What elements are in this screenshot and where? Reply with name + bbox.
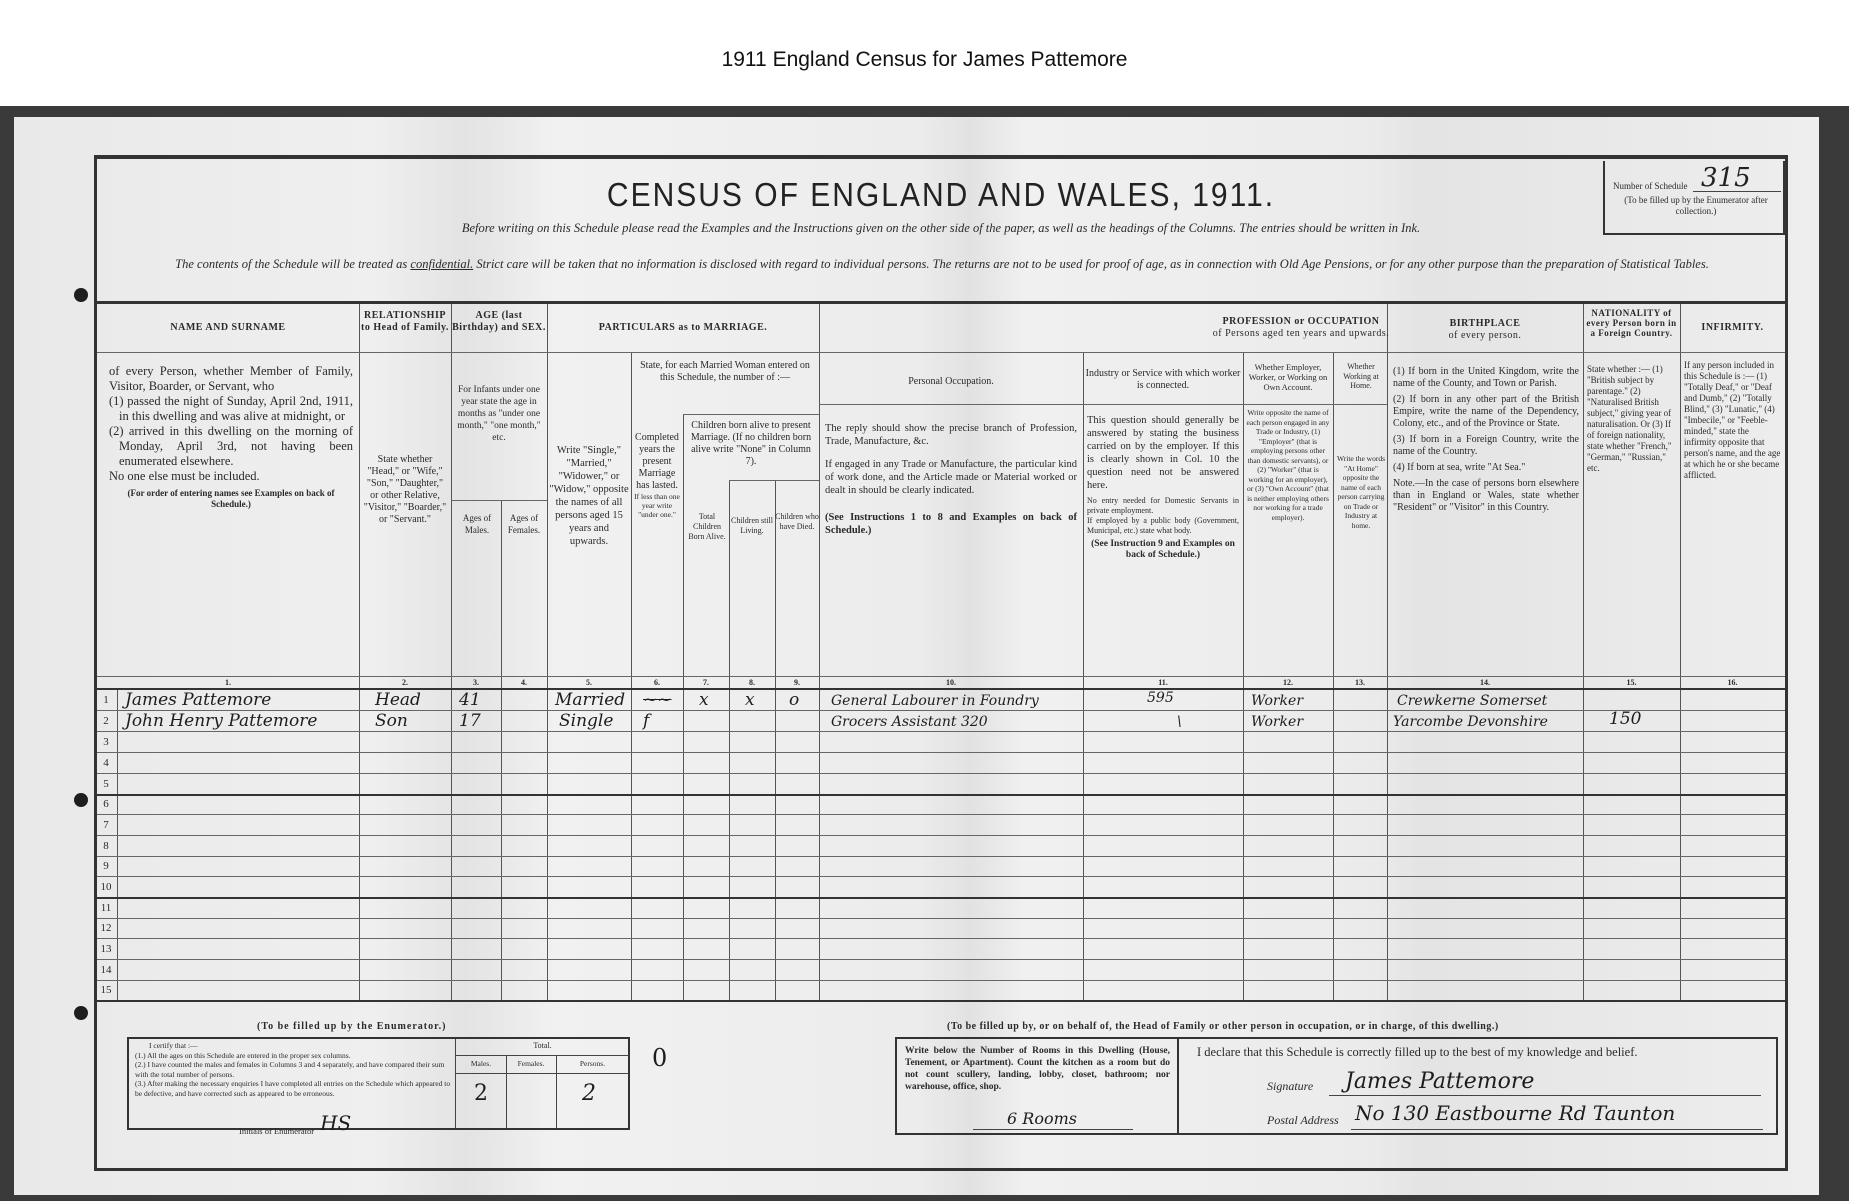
entry-years-married: f [643,711,649,731]
initials-label: Initials of EnumeratorHS [239,1115,345,1139]
entry-children-total: x [699,690,709,710]
header-personal-occupation: Personal Occupation. [819,376,1083,388]
entry-age-male: 17 [459,711,481,731]
totals-table: Total. Males. Females. Persons. 2 2 [455,1039,628,1128]
row-divider [97,835,1785,836]
header-ages-males: Ages of Males. [453,512,501,536]
column-number: 14. [1387,678,1583,687]
row-divider [97,918,1785,919]
employer-instructions: Write opposite the name of each person e… [1245,408,1331,522]
row-number: 15 [99,984,113,996]
handwritten-mark: 0 [652,1044,667,1072]
col-divider [775,480,776,1000]
entry-name: John Henry Pattemore [125,711,317,731]
column-number: 1. [97,678,359,687]
header-divider [819,404,1387,405]
enumerator-certification: I certify that :— (1.) All the ages on t… [135,1041,453,1098]
schedule-number-box: Number of Schedule 315 (To be filled up … [1603,161,1785,235]
header-infirmity: INFIRMITY. [1680,322,1785,334]
row-number: 1 [99,694,113,706]
row-divider [97,897,1785,899]
header-divider [451,500,547,501]
schedule-number-value: 315 [1701,163,1751,193]
row-divider [97,856,1785,857]
total-persons: 2 [582,1081,596,1106]
signature-label: Signature [1267,1079,1313,1094]
row-number: 14 [99,964,113,976]
column-number: 16. [1680,678,1785,687]
postal-address: No 130 Eastbourne Rd Taunton [1355,1101,1675,1125]
punch-hole [74,288,88,302]
total-males: 2 [474,1081,488,1106]
age-instructions: For Infants under one year state the age… [453,384,545,444]
column-number: 13. [1333,678,1387,687]
name-instructions: of every Person, whether Member of Famil… [109,364,353,510]
nationality-instructions: State whether :— (1) "British subject by… [1587,364,1677,474]
rooms-line [973,1129,1133,1130]
census-schedule-form: CENSUS OF ENGLAND AND WALES, 1911. Befor… [94,155,1788,1171]
entry-relationship: Son [375,711,408,731]
enumerator-initials: HS [320,1111,351,1135]
column-number: 15. [1583,678,1680,687]
infirmity-instructions: If any person included in this Schedule … [1684,360,1782,481]
header-children-total: Total Children Born Alive. [685,512,729,542]
entry-marital: Married [555,690,625,710]
row-number-divider [117,688,118,1000]
entry-relationship: Head [375,690,421,710]
punch-hole [74,1006,88,1020]
instruction-confidential: The contents of the Schedule will be tre… [107,255,1777,274]
schedule-number-note: (To be filled up by the Enumerator after… [1609,195,1783,217]
relationship-instructions: State whether "Head," or "Wife," "Son," … [363,454,447,526]
row-divider [97,959,1785,960]
personal-occupation-instructions: The reply should show the precise branch… [825,422,1077,537]
header-industry: Industry or Service with which worker is… [1083,368,1243,392]
entry-name: James Pattemore [125,690,271,710]
col-divider [819,304,820,1000]
postal-address-label: Postal Address [1267,1113,1339,1128]
header-children-died: Children who have Died. [775,512,819,532]
col-divider [547,304,548,1000]
address-line [1351,1129,1763,1130]
enumerator-section-title: (To be filled up by the Enumerator.) [257,1021,446,1032]
persons-label: Persons. [556,1059,629,1068]
column-number: 10. [819,678,1083,687]
entry-age-male: 41 [459,690,481,710]
col-divider [683,414,684,1000]
row-divider [97,752,1785,753]
entry-industry: 595 [1147,690,1174,706]
column-number: 3. [451,678,501,687]
row-number: 9 [99,860,113,872]
marriage-instructions: Write "Single," "Married," "Widower," or… [549,444,629,548]
punch-hole [74,793,88,807]
row-number: 6 [99,798,113,810]
instruction-ink: Before writing on this Schedule please r… [97,221,1785,236]
marriage-state-instructions: State, for each Married Woman entered on… [633,360,817,384]
column-number: 5. [547,678,631,687]
industry-instructions: This question should generally be answer… [1087,414,1239,561]
birthplace-instructions: (1) If born in the United Kingdom, write… [1393,366,1579,514]
declaration-text: I declare that this Schedule is correctl… [1197,1045,1638,1060]
at-home-instructions: Write the words "At Home" opposite the n… [1335,454,1387,530]
header-ages-females: Ages of Females. [501,512,547,536]
entry-occupation: General Labourer in Foundry [831,693,1039,709]
entry-employer: Worker [1251,693,1303,709]
column-number: 8. [729,678,775,687]
entry-employer: Worker [1251,714,1303,730]
col-divider [1583,304,1584,1000]
row-divider [97,876,1785,877]
row-number: 3 [99,736,113,748]
row-divider [97,710,1785,711]
row-divider [97,1000,1785,1002]
enumerator-certificate-box: I certify that :— (1.) All the ages on t… [127,1037,630,1130]
row-number: 10 [99,881,113,893]
header-nationality: NATIONALITY of every Person born in a Fo… [1583,308,1680,338]
column-number: 12. [1243,678,1333,687]
column-number: 9. [775,678,819,687]
column-number: 7. [683,678,729,687]
census-title: CENSUS OF ENGLAND AND WALES, 1911. [97,177,1785,214]
row-number: 12 [99,922,113,934]
row-number: 7 [99,819,113,831]
header-divider [97,352,1785,353]
header-marriage: PARTICULARS as to MARRIAGE. [547,322,819,334]
column-number: 2. [359,678,451,687]
col-divider [451,304,452,1000]
row-divider [97,980,1785,981]
header-relationship: RELATIONSHIP to Head of Family. [359,310,451,334]
totals-label: Total. [456,1041,629,1050]
row-divider [97,814,1785,815]
header-children-born: Children born alive to present Marriage.… [685,420,817,468]
page-title: 1911 England Census for James Pattemore [0,48,1849,72]
rooms-value: 6 Rooms [1007,1109,1077,1128]
column-number: 4. [501,678,547,687]
entry-children-living: x [745,690,755,710]
row-divider [97,773,1785,774]
header-name: NAME AND SURNAME [97,322,359,334]
row-number: 5 [99,778,113,790]
header-age: AGE (last Birthday) and SEX. [451,310,547,334]
declaration-box: I declare that this Schedule is correctl… [1178,1037,1778,1135]
header-years-married: Completed years the present Marriage has… [633,432,681,519]
header-birthplace: BIRTHPLACE of every person. [1387,318,1583,342]
header-children-living: Children still Living. [729,516,775,536]
header-divider [97,688,1785,690]
row-divider [97,938,1785,939]
entry-marital: Single [559,711,613,731]
entry-nationality: 150 [1609,709,1641,729]
totals-divider [456,1055,629,1056]
schedule-number-label: Number of Schedule [1613,181,1687,191]
row-number: 8 [99,840,113,852]
totals-divider [456,1073,629,1074]
rooms-instructions: Write below the Number of Rooms in this … [905,1045,1170,1093]
head-of-family-title: (To be filled up by, or on behalf of, th… [947,1021,1499,1032]
header-divider [683,414,819,415]
entry-years-married: ~~ [643,690,672,710]
males-label: Males. [456,1059,506,1068]
females-label: Females. [506,1059,556,1068]
header-divider [97,676,1785,677]
row-number: 2 [99,715,113,727]
column-number: 11. [1083,678,1243,687]
entry-children-died: o [789,690,799,710]
entry-birthplace: Crewkerne Somerset [1397,693,1547,709]
col-divider [501,500,502,1000]
row-divider [97,731,1785,732]
header-at-home: Whether Working at Home. [1335,362,1387,391]
header-employer: Whether Employer, Worker, or Working on … [1245,362,1331,392]
header-divider [729,480,819,481]
entry-occupation: Grocers Assistant 320 [831,714,988,730]
col-divider [729,480,730,1000]
row-number: 4 [99,757,113,769]
col-divider [1387,304,1388,1000]
entry-birthplace: Yarcombe Devonshire [1393,714,1548,730]
signature: James Pattemore [1345,1069,1534,1094]
row-divider [97,794,1785,796]
entry-industry: \ [1177,714,1182,730]
col-divider [359,304,360,1000]
rooms-box: Write below the Number of Rooms in this … [895,1037,1178,1135]
signature-line [1329,1095,1761,1096]
row-number: 13 [99,943,113,955]
row-number: 11 [99,902,113,914]
household-table: NAME AND SURNAME of every Person, whethe… [97,301,1785,997]
col-divider [1680,304,1681,1000]
column-number: 6. [631,678,683,687]
